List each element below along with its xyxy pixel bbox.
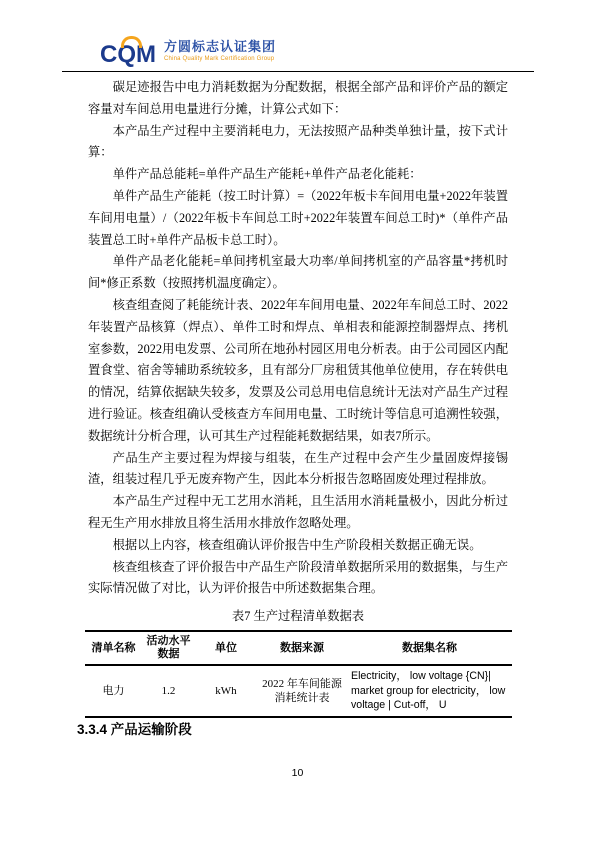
cell-inventory-name: 电力	[85, 665, 142, 717]
body-paragraph: 本产品生产过程中主要消耗电力，无法按照产品种类单独计量，按下式计算：	[88, 121, 508, 165]
page-number: 10	[0, 767, 595, 779]
logo-acronym: CQM	[100, 35, 156, 67]
body-paragraph: 单件产品老化能耗=单间拷机室最大功率/单间拷机室的产品容量*拷机时间*修正系数（…	[88, 251, 508, 295]
table-caption: 表7 生产过程清单数据表	[88, 606, 508, 626]
col-header-activity-data: 活动水平数据	[142, 631, 195, 665]
cell-activity-data: 1.2	[142, 665, 195, 717]
col-header-inventory-name: 清单名称	[85, 631, 142, 665]
cqm-logo: CQM 方圆标志认证集团 China Quality Mark Certific…	[100, 35, 276, 67]
body-paragraph: 核查组查阅了耗能统计表、2022年车间用电量、2022年车间总工时、2022年装…	[88, 295, 508, 448]
logo-arc-icon	[121, 36, 142, 48]
body-paragraph: 碳足迹报告中电力消耗数据为分配数据，根据全部产品和评价产品的额定容量对车间总用电…	[88, 77, 508, 121]
logo-wordmark: 方圆标志认证集团 China Quality Mark Certificatio…	[164, 40, 276, 62]
body-paragraph: 产品生产主要过程为焊接与组装，在生产过程中会产生少量固废焊接锡渣，组装过程几乎无…	[88, 448, 508, 492]
body-paragraph: 单件产品总能耗=单件产品生产能耗+单件产品老化能耗：	[88, 164, 508, 186]
body-paragraph: 根据以上内容，核查组确认评价报告中生产阶段相关数据正确无误。	[88, 535, 508, 557]
document-body: 碳足迹报告中电力消耗数据为分配数据，根据全部产品和评价产品的额定容量对车间总用电…	[88, 77, 508, 739]
company-name-cn: 方圆标志认证集团	[164, 40, 276, 54]
section-heading-334: 3.3.4 产品运输阶段	[77, 721, 508, 739]
company-name-en: China Quality Mark Certification Group	[164, 56, 276, 62]
body-paragraph: 本产品生产过程中无工艺用水消耗，且生活用水消耗量极小，因此分析过程无生产用水排放…	[88, 491, 508, 535]
table-header-row: 清单名称 活动水平数据 单位 数据来源 数据集名称	[85, 631, 512, 665]
document-page: CQM 方圆标志认证集团 China Quality Mark Certific…	[0, 0, 595, 842]
cell-dataset-name: Electricity， low voltage {CN}| market gr…	[347, 665, 512, 717]
col-header-unit: 单位	[195, 631, 257, 665]
header-divider	[62, 71, 534, 72]
body-paragraph: 单件产品生产能耗（按工时计算）=（2022年板卡车间用电量+2022年装置车间用…	[88, 186, 508, 251]
cell-data-source: 2022 年车间能源消耗统计表	[257, 665, 347, 717]
inventory-data-table: 清单名称 活动水平数据 单位 数据来源 数据集名称 电力 1.2 kWh 202…	[85, 630, 512, 718]
col-header-data-source: 数据来源	[257, 631, 347, 665]
body-paragraph: 核查组核查了评价报告中产品生产阶段清单数据所采用的数据集，与生产实际情况做了对比…	[88, 557, 508, 601]
table-row: 电力 1.2 kWh 2022 年车间能源消耗统计表 Electricity， …	[85, 665, 512, 717]
col-header-dataset-name: 数据集名称	[347, 631, 512, 665]
cell-unit: kWh	[195, 665, 257, 717]
